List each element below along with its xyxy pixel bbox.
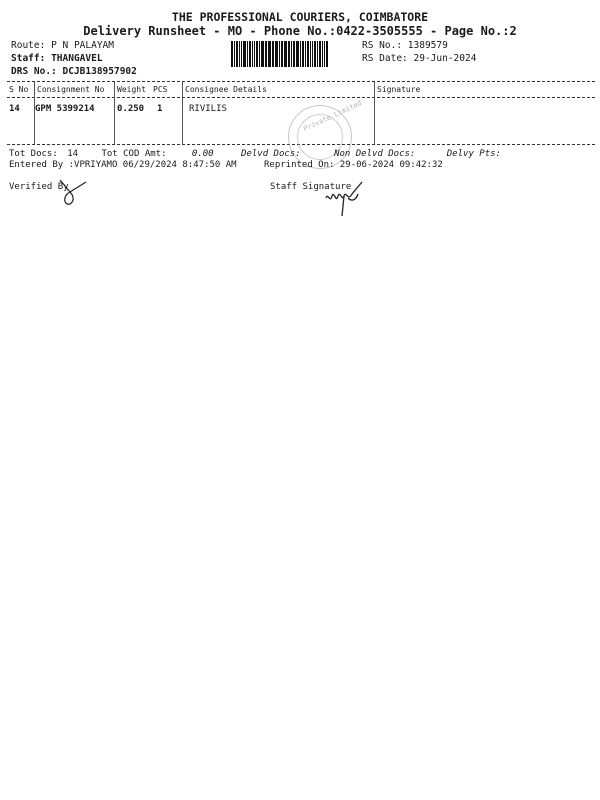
entered-by-line: Entered By :VPRIYAMO 06/29/2024 8:47:50 … xyxy=(9,160,443,170)
rs-no-value: 1389579 xyxy=(408,40,448,51)
delvd-docs-label: Delvd Docs: xyxy=(241,149,301,159)
rs-no-line: RS No.: 1389579 xyxy=(362,40,448,51)
route-label: Route: xyxy=(11,40,45,51)
column-header-signature: Signature xyxy=(377,85,420,94)
column-divider xyxy=(114,82,115,144)
delvy-pts-label: Delvy Pts: xyxy=(447,149,501,159)
column-header-pcs: PCS xyxy=(153,85,167,94)
staff-label: Staff: xyxy=(11,53,45,64)
rs-date-line: RS Date: 29-Jun-2024 xyxy=(362,53,476,64)
tot-cod-label: Tot COD Amt: xyxy=(101,149,166,159)
column-header-consignee: Consignee Details xyxy=(185,85,267,94)
column-header-consignment: Consignment No xyxy=(37,85,104,94)
tot-docs-label: Tot Docs: xyxy=(9,149,58,159)
staff-line: Staff: THANGAVEL xyxy=(11,53,103,64)
route-line: Route: P N PALAYAM xyxy=(11,40,114,51)
cell-pcs: 1 xyxy=(157,104,162,114)
cell-sno: 14 xyxy=(9,104,20,114)
totals-line: Tot Docs: 14 Tot COD Amt: 0.00 Delvd Doc… xyxy=(9,149,501,159)
company-title: THE PROFESSIONAL COURIERS, COIMBATORE xyxy=(0,10,600,24)
verified-signature xyxy=(58,178,108,208)
drs-value: DCJB138957902 xyxy=(63,66,137,77)
route-value: P N PALAYAM xyxy=(51,40,114,51)
staff-value: THANGAVEL xyxy=(51,53,102,64)
cell-weight: 0.250 xyxy=(117,104,144,114)
column-divider xyxy=(374,82,375,144)
table-header-divider xyxy=(7,97,595,98)
column-header-sno: S No xyxy=(9,85,28,94)
runsheet-subtitle: Delivery Runsheet - MO - Phone No.:0422-… xyxy=(0,24,600,38)
reprinted-on: Reprinted On: 29-06-2024 09:42:32 xyxy=(264,160,443,170)
barcode xyxy=(231,41,353,67)
column-divider xyxy=(182,82,183,144)
column-header-weight: Weight xyxy=(117,85,146,94)
entered-by: Entered By :VPRIYAMO 06/29/2024 8:47:50 … xyxy=(9,160,237,170)
rs-date-label: RS Date: xyxy=(362,53,408,64)
rs-date-value: 29-Jun-2024 xyxy=(414,53,477,64)
rs-no-label: RS No.: xyxy=(362,40,402,51)
cell-consignment: GPM 5399214 xyxy=(35,104,95,114)
staff-signature xyxy=(322,180,382,220)
drs-line: DRS No.: DCJB138957902 xyxy=(11,66,137,77)
non-delvd-docs-label: Non Delvd Docs: xyxy=(334,149,415,159)
cell-consignee: RIVILIS xyxy=(189,104,227,114)
tot-cod-value: 0.00 xyxy=(192,149,214,159)
drs-label: DRS No.: xyxy=(11,66,57,77)
table-top-divider xyxy=(7,81,595,82)
tot-docs-value: 14 xyxy=(67,149,78,159)
